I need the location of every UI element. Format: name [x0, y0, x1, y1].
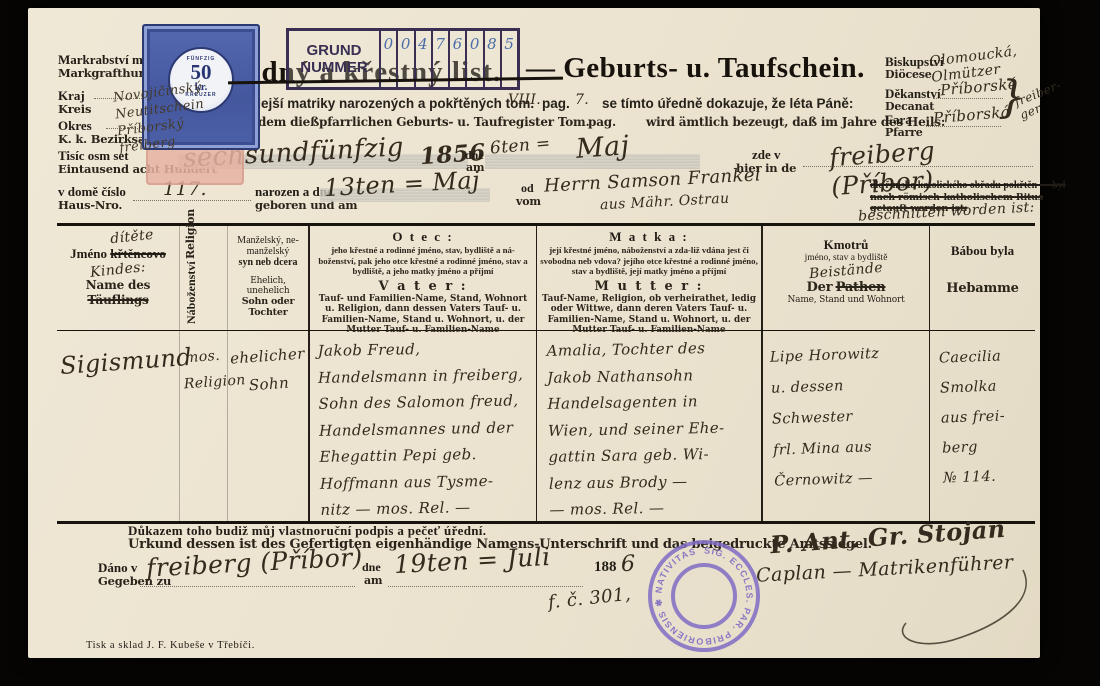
given-place-dotted-line: [140, 586, 355, 587]
mother-value-handwriting: Amalia, Tochter des Jakob Nathansohn Han…: [546, 334, 759, 523]
header-father-column: O t e c : jeho křestné a rodinné jméno, …: [310, 226, 537, 330]
header-mother-column: M a t k a : její křestné jméno, nábožens…: [537, 226, 763, 330]
cell-sponsors: Lipe Horowitz u. dessen Schwester frl. M…: [763, 331, 930, 521]
registry-line-de-b: pag.: [588, 115, 616, 129]
midwife-cs: Bábou byla: [933, 243, 1032, 259]
mother-desc-cs: její křestné jméno, náboženství a zda-li…: [540, 245, 758, 277]
mother-desc-de: Tauf-Name, Religion, ob verheirathet, le…: [540, 294, 758, 336]
father-value-handwriting: Jakob Freud, Handelsmann in freiberg, So…: [317, 334, 534, 523]
legitimacy-de-top: Ehelich, unehelich: [231, 276, 305, 296]
parish-dotted-line: [926, 126, 1001, 127]
kraj-label-de: Kreis: [58, 102, 91, 116]
parish-seal: SIG. ECCLES. PAR. PRIBORIENSIS ✱ NATIVIT…: [640, 532, 768, 660]
cell-father: Jakob Freud, Handelsmann in freiberg, So…: [310, 331, 537, 521]
header-legitimacy-column: Manželský, ne- manželský syn neb dcera E…: [228, 226, 310, 330]
rite-line-cs-struck: dle římsko katolického obřadu pokřtěn — …: [870, 180, 1075, 191]
sponsors-value-handwriting: Lipe Horowitz u. dessen Schwester frl. M…: [769, 337, 928, 497]
svg-text:SIG. ECCLES. PAR. PRIBORIENSIS: SIG. ECCLES. PAR. PRIBORIENSIS ✱ NATIVIT…: [640, 532, 754, 647]
table-header-row: dítěte Jméno křtěncovo Kindes: Name des …: [57, 226, 1035, 331]
sponsors-sub-de: Name, Stand und Wohnort: [766, 295, 926, 305]
file-number-handwriting: f. č. 301,: [547, 584, 632, 614]
title-german: — Geburts- u. Taufschein.: [526, 52, 865, 85]
house-number-dotted-line: [133, 200, 251, 201]
scanned-document-stage: Markrabství morav- Markgrafthum Mähren K…: [0, 0, 1100, 686]
sponsors-de-struck: Pathen: [836, 280, 886, 295]
given-date-dotted-line: [388, 586, 583, 587]
religion-value-handwriting: mos. Religion: [181, 343, 226, 398]
registry-line-de-a: dem dießpfarrlichen Geburts- u. Taufregi…: [258, 115, 590, 129]
signature-flourish: [768, 568, 1038, 658]
registry-pag-handwriting: 7.: [575, 92, 589, 108]
grund-label-line1: GRUND: [307, 42, 362, 59]
district-handwriting-over-stamp: Novojičínský Neutitschein Příborský frei…: [112, 79, 209, 157]
sponsors-title-cs: Kmotrů: [766, 237, 926, 253]
religion-col-de: Religion: [184, 209, 199, 259]
certificate-sheet: Markrabství morav- Markgrafthum Mähren K…: [28, 8, 1040, 658]
religion-col-cs: Náboženství: [184, 261, 199, 324]
legitimacy-cs-top: Manželský, ne- manželský: [231, 235, 305, 257]
father-title-cs: O t e c :: [313, 229, 533, 245]
name-value-handwriting: Sigismund: [59, 344, 177, 380]
cell-mother: Amalia, Tochter des Jakob Nathansohn Han…: [537, 331, 763, 521]
registry-line-cs-b: pag.: [542, 96, 570, 111]
year-printed-188: 188: [594, 559, 617, 576]
legitimacy-cs-bold: syn neb dcera: [231, 257, 305, 268]
legitimacy-de-bold: Sohn oder Tochter: [231, 296, 305, 318]
footer-am-label: am: [364, 574, 382, 587]
mother-title-cs: M a t k a :: [540, 229, 758, 245]
house-label-de: Haus-Nro.: [58, 198, 122, 212]
header-midwife-column: Bábou byla Hebamme: [930, 226, 1035, 330]
year-final-digit-handwriting: 6: [621, 552, 635, 577]
registry-line-cs-c: se tímto úředně dokazuje, že léta Páně:: [602, 96, 853, 111]
legitimacy-value-handwriting: ehelicher Sohn: [229, 339, 307, 400]
cell-religion: mos. Religion: [180, 331, 228, 521]
cell-legitimacy: ehelicher Sohn: [228, 331, 310, 521]
header-sponsors-column: Kmotrů jméno, stav a bydliště Beistände …: [763, 226, 930, 330]
bishopric-label-de: Diöcese: [885, 68, 932, 81]
from-label-de: vom: [516, 195, 541, 208]
cell-name: Sigismund: [57, 331, 180, 521]
header-name-column: dítěte Jméno křtěncovo Kindes: Name des …: [57, 226, 180, 330]
father-desc-de: Tauf- und Familien-Name, Stand, Wohnort …: [313, 294, 533, 336]
printer-imprint: Tisk a sklad J. F. Kubeše v Třebíči.: [86, 640, 255, 651]
father-title-de: V a t e r :: [313, 279, 533, 294]
registry-tom-handwriting: VIII.: [508, 92, 541, 108]
mother-title-de: M u t t e r :: [540, 279, 758, 294]
from-label-cs: od: [521, 181, 534, 196]
table-body-row: Sigismund mos. Religion ehelicher Sohn J…: [57, 331, 1035, 521]
midwife-value-handwriting: Caecilia Smolka aus frei- berg № 114.: [938, 340, 1034, 493]
grund-label-line2: NUMMER: [300, 59, 368, 76]
record-table: dítěte Jméno křtěncovo Kindes: Name des …: [57, 223, 1035, 524]
deanery-dotted-line: [933, 98, 1003, 99]
registry-line-cs-a: zdejší matriky narozených a pokřtěných t…: [246, 96, 534, 111]
seal-ring-text: SIG. ECCLES. PAR. PRIBORIENSIS ✱ NATIVIT…: [640, 532, 754, 647]
footer-dne-label: dne: [362, 560, 381, 575]
sponsors-de-keep: Der: [807, 280, 833, 295]
cell-midwife: Caecilia Smolka aus frei- berg № 114.: [930, 331, 1035, 521]
father-origin-handwriting: aus Mähr. Ostrau: [600, 191, 730, 214]
father-desc-cs: jeho křestné a rodinné jméno, stav, bydl…: [313, 245, 533, 277]
midwife-de: Hebamme: [933, 281, 1032, 296]
header-religion-column: Náboženství Religion: [180, 226, 228, 330]
name-col-de-struck: Täuflings: [87, 293, 148, 307]
month-handwriting: Maj: [575, 130, 630, 165]
